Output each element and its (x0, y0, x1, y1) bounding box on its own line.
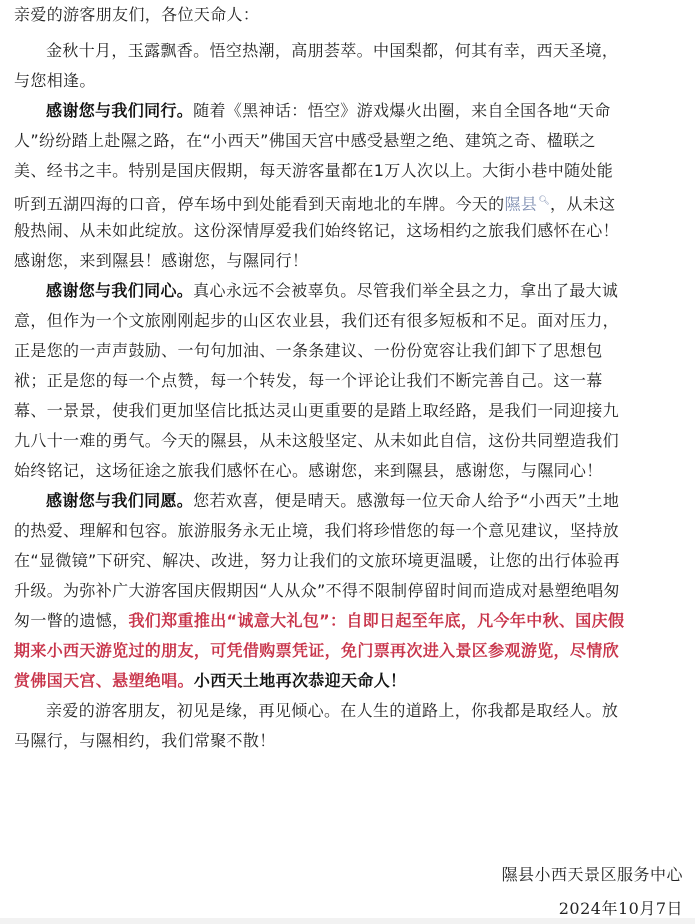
para-heading: 感谢您与我们同心。 (46, 281, 193, 300)
intro-line-2: 与您相逢。 (14, 66, 682, 96)
para-same-heart-line-4: 袱；正是您的每一个点赞，每一个转发，每一个评论让我们不断完善自己。这一幕 (14, 366, 682, 396)
text: ，从未这 (550, 194, 615, 213)
para-same-heart-line-2: 意，但作为一个文旅刚刚起步的山区农业县，我们还有很多短板和不足。面对压力， (14, 306, 682, 336)
para-same-heart-line-5: 幕、一景景，使我们更加坚信比抵达灵山更重要的是踏上取经路，是我们一同迎接九 (14, 396, 682, 426)
para-same-wish-line-6: 期来小西天游览过的朋友，可凭借购票凭证，免门票再次进入景区参观游览，尽情欣 (14, 636, 682, 666)
para-heading: 感谢您与我们同愿。 (46, 491, 193, 510)
xixian-link[interactable]: 隰县 (505, 194, 538, 213)
page-bottom-divider (0, 918, 695, 924)
letter-body: 亲爱的游客朋友们，各位天命人： 金秋十月，玉露飘香。悟空热潮，高朋荟萃。中国梨都… (14, 0, 682, 756)
para-same-heart-line-1: 感谢您与我们同心。真心永远不会被辜负。尽管我们举全县之力，拿出了最大诚 (14, 276, 682, 306)
para-same-wish-line-5: 匆一瞥的遗憾，我们郑重推出“诚意大礼包”：自即日起至年底，凡今年中秋、国庆假 (14, 606, 682, 636)
para-same-journey-line-2: 人”纷纷踏上赴隰之路，在“小西天”佛国天宫中感受悬塑之绝、建筑之奇、楹联之 (14, 126, 682, 156)
para-same-wish-line-1: 感谢您与我们同愿。您若欢喜，便是晴天。感激每一位天命人给予“小西天”土地 (14, 486, 682, 516)
signature-organization: 隰县小西天景区服务中心 (501, 862, 683, 885)
welcome-text: 小西天土地再次恭迎天命人！ (194, 671, 407, 690)
closing-line-1: 亲爱的游客朋友，初见是缘，再见倾心。在人生的道路上，你我都是取经人。放 (14, 696, 682, 726)
para-same-heart-line-7: 始终铭记，这场征途之旅我们感怀在心。感谢您，来到隰县，感谢您，与隰同心！ (14, 456, 682, 486)
para-same-journey-line-5: 般热闹、从未如此绽放。这份深情厚爱我们始终铭记，这场相约之旅我们感怀在心！ (14, 216, 682, 246)
text: 匆一瞥的遗憾， (14, 611, 128, 630)
text: 听到五湖四海的口音，停车场中到处能看到天南地北的车牌。今天的 (14, 194, 505, 213)
signature-date: 2024年10月7日 (559, 896, 683, 919)
intro-line-1: 金秋十月，玉露飘香。悟空热潮，高朋荟萃。中国梨都，何其有幸，西天圣境， (14, 36, 682, 66)
para-same-journey-line-3: 美、经书之丰。特别是国庆假期，每天游客量都在1万人次以上。大街小巷中随处能 (14, 156, 682, 186)
para-same-journey-line-1: 感谢您与我们同行。随着《黑神话：悟空》游戏爆火出圈，来自全国各地“天命 (14, 96, 682, 126)
text: 真心永远不会被辜负。尽管我们举全县之力，拿出了最大诚 (193, 281, 618, 300)
para-same-journey-line-6: 感谢您，来到隰县！感谢您，与隰同行！ (14, 246, 682, 276)
text: 随着《黑神话：悟空》游戏爆火出圈，来自全国各地“天命 (193, 101, 610, 120)
search-icon[interactable]: 🔍︎ (538, 196, 550, 206)
para-same-wish-line-4: 升级。为弥补广大游客国庆假期因“人从众”不得不限制停留时间而造成对悬塑绝唱匆 (14, 576, 682, 606)
para-same-wish-line-3: 在“显微镜”下研究、解决、改进，努力让我们的文旅环境更温暖，让您的出行体验再 (14, 546, 682, 576)
highlight-offer: 我们郑重推出“诚意大礼包”：自即日起至年底，凡今年中秋、国庆假 (128, 611, 624, 630)
text: 您若欢喜，便是晴天。感激每一位天命人给予“小西天”土地 (193, 491, 619, 510)
greeting: 亲爱的游客朋友们，各位天命人： (14, 0, 682, 30)
para-same-journey-line-4: 听到五湖四海的口音，停车场中到处能看到天南地北的车牌。今天的隰县🔍︎，从未这 (14, 186, 682, 216)
para-same-wish-line-7: 赏佛国天宫、悬塑绝唱。小西天土地再次恭迎天命人！ (14, 666, 682, 696)
para-heading: 感谢您与我们同行。 (46, 101, 193, 120)
para-same-heart-line-3: 正是您的一声声鼓励、一句句加油、一条条建议、一份份宽容让我们卸下了思想包 (14, 336, 682, 366)
highlight-offer: 赏佛国天宫、悬塑绝唱。 (14, 671, 194, 690)
para-same-wish-line-2: 的热爱、理解和包容。旅游服务永无止境，我们将珍惜您的每一个意见建议，坚持放 (14, 516, 682, 546)
closing-line-2: 马隰行，与隰相约，我们常聚不散！ (14, 726, 682, 756)
para-same-heart-line-6: 九八十一难的勇气。今天的隰县，从未这般坚定、从未如此自信，这份共同塑造我们 (14, 426, 682, 456)
